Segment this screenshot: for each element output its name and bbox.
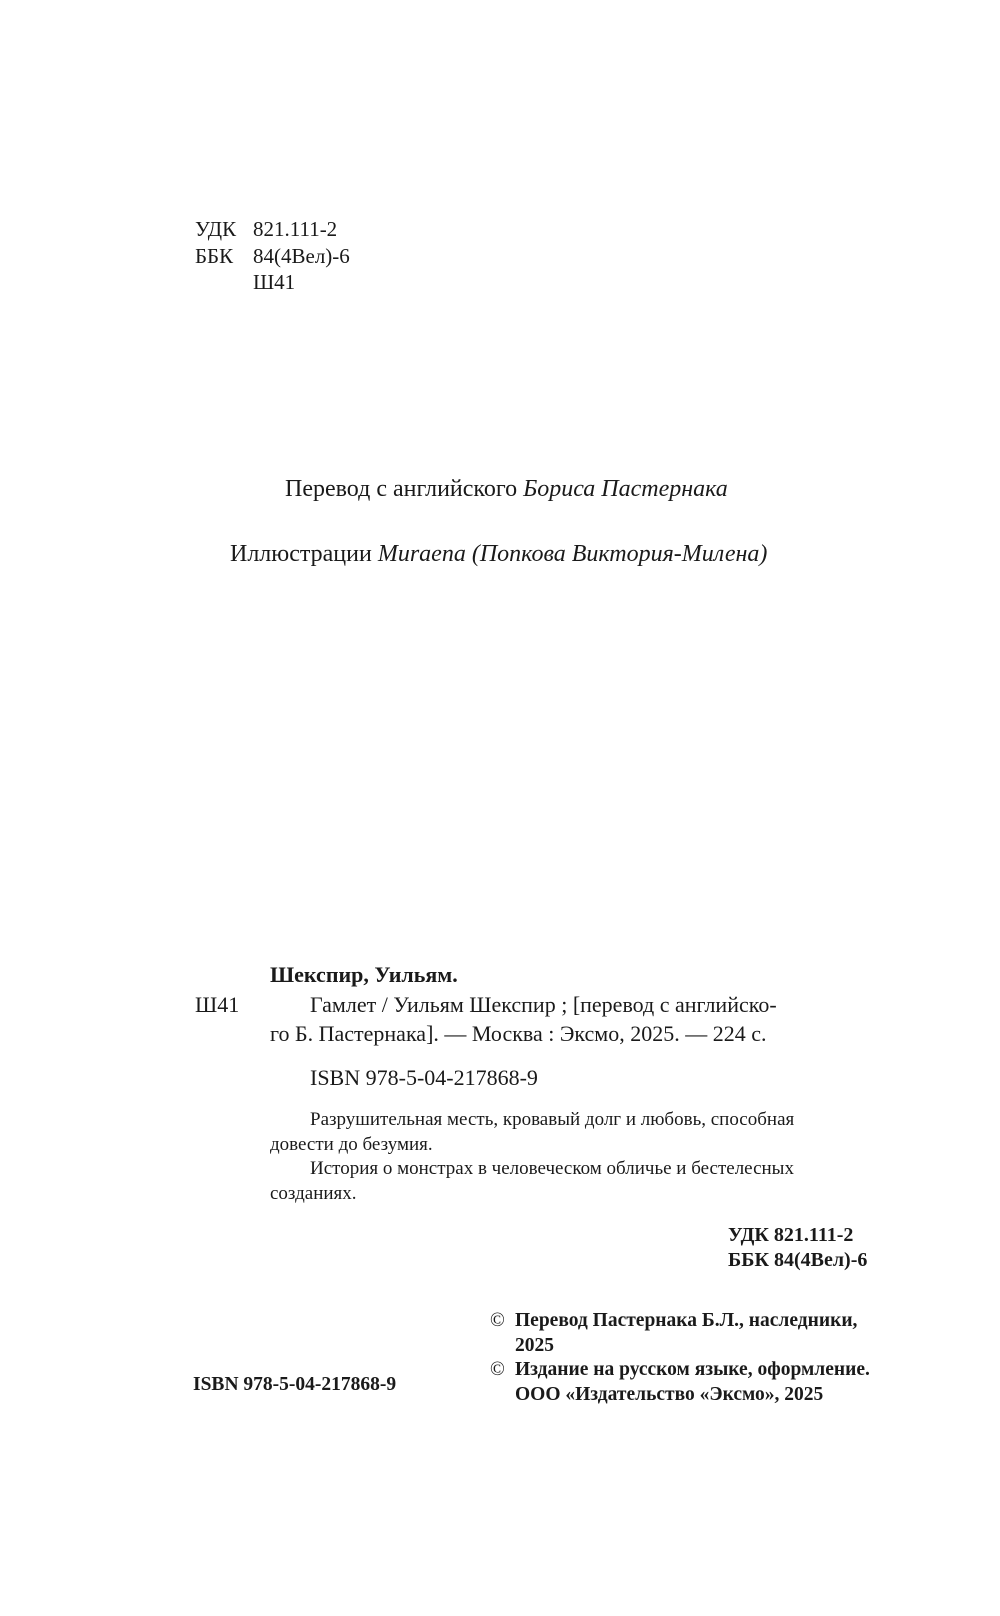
catalog-indices-bottom: УДК 821.111-2 ББК 84(4Вел)-6 bbox=[728, 1223, 867, 1273]
author-cipher-row: Ш41 bbox=[195, 269, 350, 296]
copyright-block: © Перевод Пастернака Б.Л., наследники, 2… bbox=[490, 1309, 870, 1407]
annotation-line: История о монстрах в человеческом обличь… bbox=[310, 1157, 794, 1182]
bbk-bottom: ББК 84(4Вел)-6 bbox=[728, 1248, 867, 1273]
udk-row: УДК821.111-2 bbox=[195, 216, 350, 243]
illustrator-credit: Иллюстрации Muraena (Попкова Виктория-Ми… bbox=[230, 539, 767, 569]
copyright-publisher: ООО «Издательство «Эксмо», 2025 bbox=[490, 1383, 870, 1408]
bbk-label: ББК bbox=[195, 243, 253, 270]
translator-credit: Перевод с английского Бориса Пастернака bbox=[285, 474, 728, 504]
illustrator-prefix: Иллюстрации bbox=[230, 541, 372, 567]
annotation-line: созданиях. bbox=[270, 1182, 357, 1207]
annotation-line: Разрушительная месть, кровавый долг и лю… bbox=[310, 1108, 794, 1133]
record-isbn: ISBN 978-5-04-217868-9 bbox=[310, 1063, 538, 1092]
copyright-translation: © Перевод Пастернака Б.Л., наследники, bbox=[490, 1309, 870, 1334]
bbk-row: ББК84(4Вел)-6 bbox=[195, 243, 350, 270]
udk-value: 821.111-2 bbox=[253, 217, 337, 241]
catalog-indices-top: УДК821.111-2 ББК84(4Вел)-6 Ш41 bbox=[195, 216, 350, 296]
isbn-bottom: ISBN 978-5-04-217868-9 bbox=[193, 1373, 396, 1398]
translator-prefix: Перевод с английского bbox=[285, 476, 517, 502]
author-heading: Шекспир, Уильям. bbox=[270, 960, 458, 989]
copyright-icon: © bbox=[490, 1358, 505, 1383]
bbk-value: 84(4Вел)-6 bbox=[253, 244, 350, 268]
translator-name: Бориса Пастернака bbox=[523, 476, 728, 502]
illustrator-name: Muraena (Попкова Виктория-Милена) bbox=[378, 541, 768, 567]
copyright-translation-year: 2025 bbox=[490, 1334, 870, 1359]
description-line-2: го Б. Пастернака]. — Москва : Эксмо, 202… bbox=[270, 1019, 767, 1048]
record-cipher: Ш41 bbox=[195, 990, 239, 1019]
annotation-line: довести до безумия. bbox=[270, 1133, 433, 1158]
description-line-1: Гамлет / Уильям Шекспир ; [перевод с анг… bbox=[310, 990, 777, 1019]
udk-bottom: УДК 821.111-2 bbox=[728, 1223, 867, 1248]
copyright-icon: © bbox=[490, 1309, 505, 1334]
copyright-edition: © Издание на русском языке, оформление. bbox=[490, 1358, 870, 1383]
udk-label: УДК bbox=[195, 216, 253, 243]
author-cipher: Ш41 bbox=[253, 270, 295, 294]
